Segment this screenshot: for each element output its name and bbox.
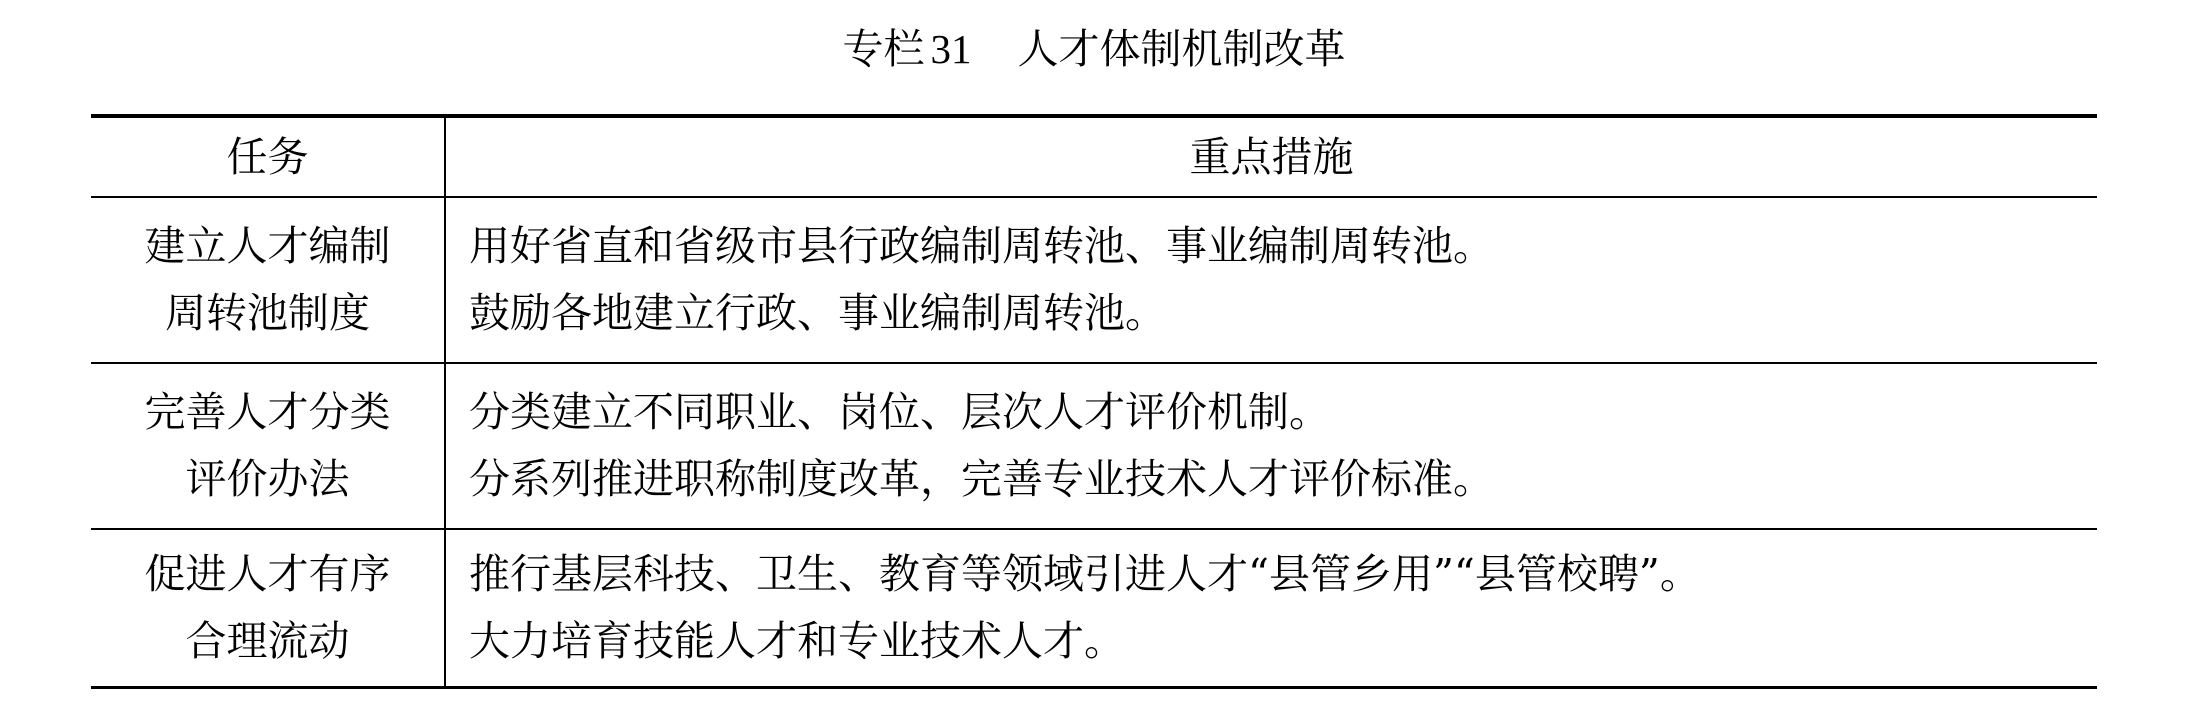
table-row-measures: 分类建立不同职业、岗位、层次人才评价机制。 分系列推进职称制度改革，完善专业技术… (469, 364, 2089, 528)
title-prefix: 专栏 (843, 25, 925, 73)
task-line: 完善人才分类 (145, 379, 391, 446)
measure-line: 大力培育技能人才和专业技术人才。 (469, 608, 1125, 675)
column-header-measures: 重点措施 (446, 118, 2097, 196)
table-column-divider (444, 118, 446, 686)
table-title: 专栏31人才体制机制改革 (91, 22, 2097, 76)
task-line: 促进人才有序 (145, 541, 391, 608)
title-number: 31 (931, 26, 972, 72)
measure-line: 分类建立不同职业、岗位、层次人才评价机制。 (469, 379, 1330, 446)
table-row-task: 促进人才有序 合理流动 (91, 530, 444, 686)
task-line: 合理流动 (186, 608, 350, 675)
measure-line: 用好省直和省级市县行政编制周转池、事业编制周转池。 (469, 213, 1494, 280)
table-row-task: 完善人才分类 评价办法 (91, 364, 444, 528)
task-line: 评价办法 (186, 446, 350, 513)
measure-line: 分系列推进职称制度改革，完善专业技术人才评价标准。 (469, 446, 1494, 513)
column-header-task-label: 任务 (227, 124, 309, 191)
column-header-measures-label: 重点措施 (1190, 124, 1354, 191)
measure-line: 推行基层科技、卫生、教育等领域引进人才“县管乡用”“县管校聘”。 (469, 541, 1701, 608)
table-row-measures: 推行基层科技、卫生、教育等领域引进人才“县管乡用”“县管校聘”。 大力培育技能人… (469, 530, 2089, 686)
task-line: 周转池制度 (165, 280, 370, 347)
table-row-measures: 用好省直和省级市县行政编制周转池、事业编制周转池。 鼓励各地建立行政、事业编制周… (469, 198, 2089, 362)
table-bottom-rule (91, 686, 2097, 689)
table-row-task: 建立人才编制 周转池制度 (91, 198, 444, 362)
column-header-task: 任务 (91, 118, 444, 196)
title-text: 人才体制机制改革 (1018, 25, 1346, 73)
measure-line: 鼓励各地建立行政、事业编制周转池。 (469, 280, 1166, 347)
task-line: 建立人才编制 (145, 213, 391, 280)
